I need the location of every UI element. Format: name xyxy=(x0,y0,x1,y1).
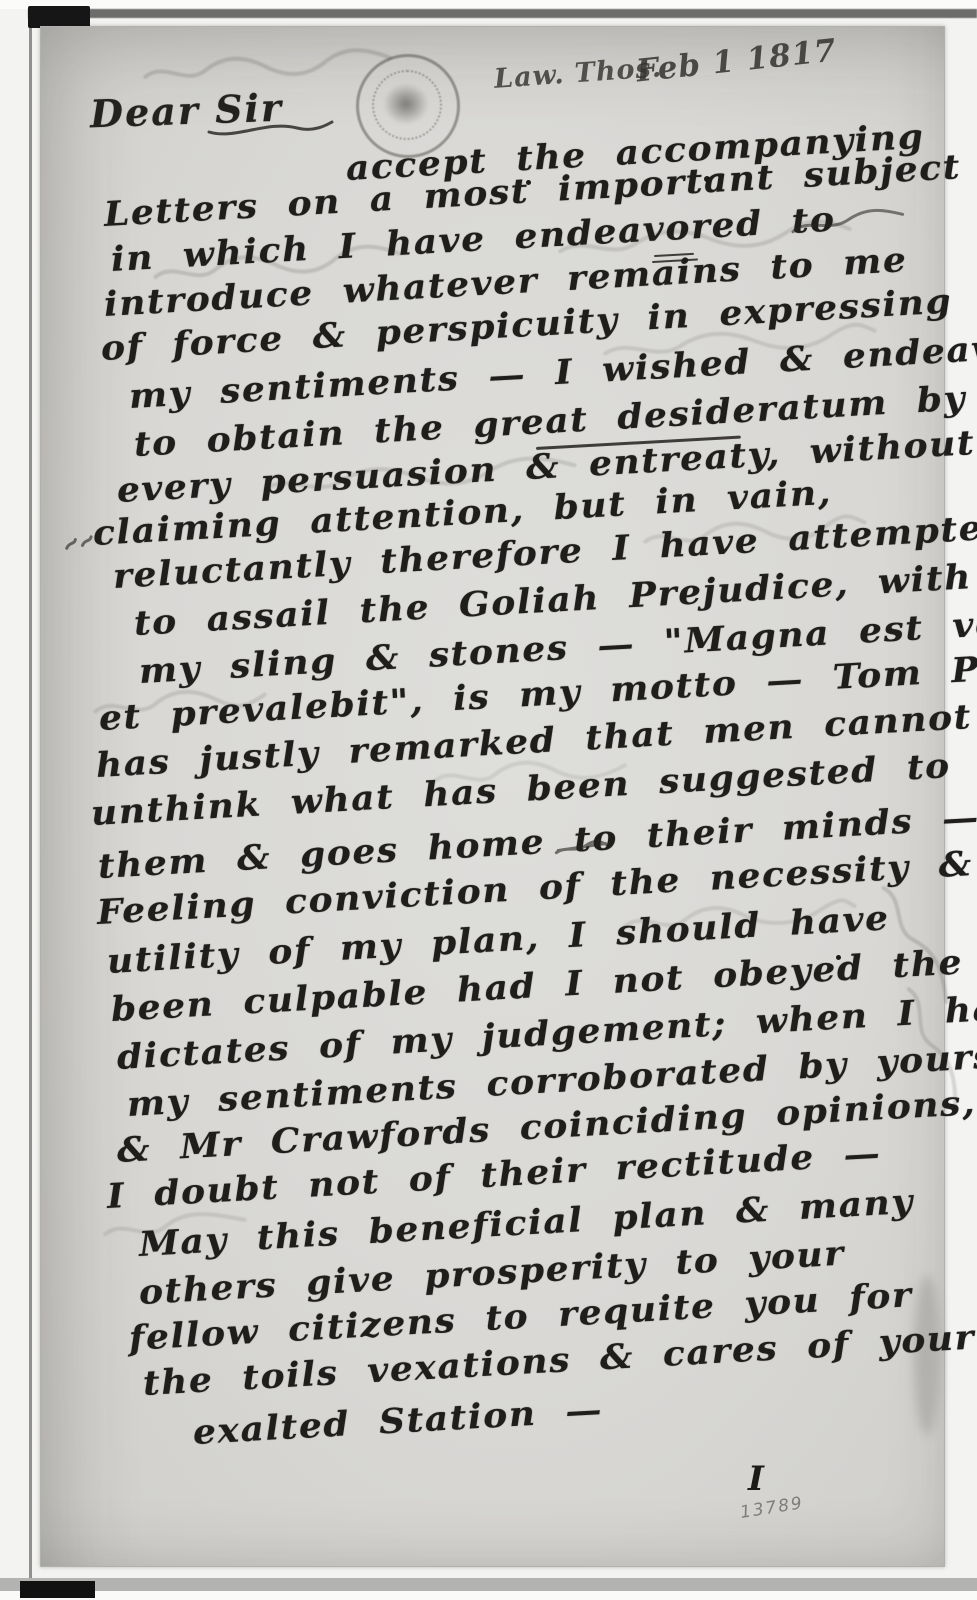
library-stamp-center xyxy=(383,83,429,125)
salutation-flourish xyxy=(205,116,335,142)
ink-dot xyxy=(836,955,841,960)
ink-dot xyxy=(704,176,710,182)
scan-left-edge-line xyxy=(29,28,32,1588)
scan-bottom-white-strip xyxy=(0,1591,977,1600)
scan-top-white-strip xyxy=(0,0,977,9)
scan-top-dark-band xyxy=(28,9,977,18)
scan-bottom-left-black-mark xyxy=(20,1581,95,1598)
scan-bottom-gray-band xyxy=(0,1578,977,1591)
scan-top-left-black-mark xyxy=(28,6,90,28)
scanned-letter-page: Law. Thos. Feb 1 1817 Dear Sir accept th… xyxy=(0,0,977,1600)
ink-dot xyxy=(526,180,531,185)
catchword: I xyxy=(748,1462,764,1496)
